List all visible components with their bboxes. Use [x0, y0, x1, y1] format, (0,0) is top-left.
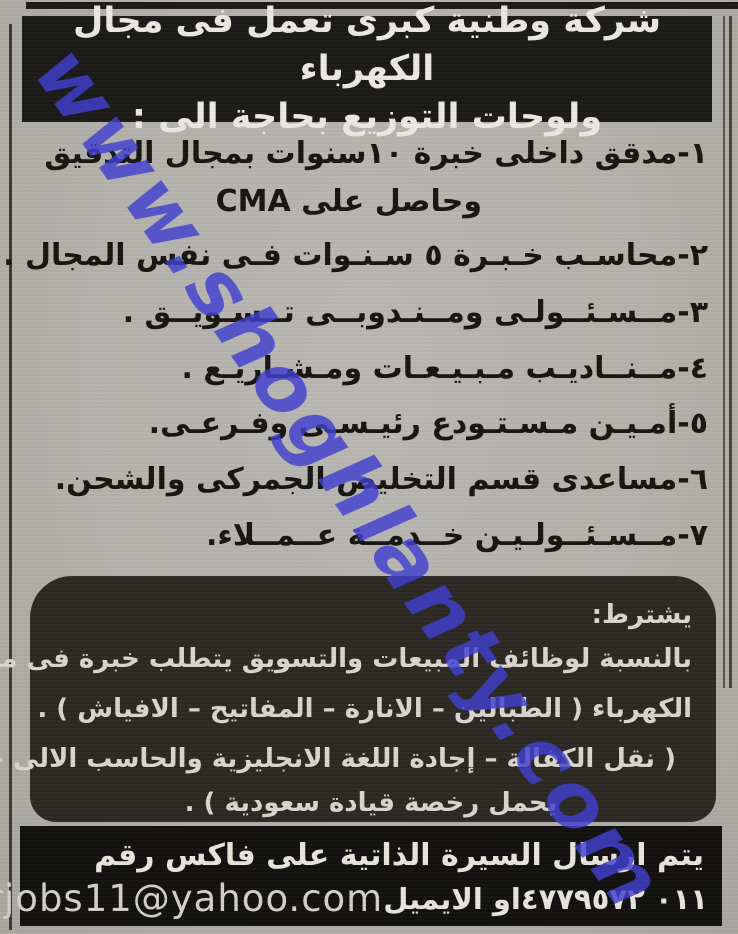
job-item-2: ٢-محاسـب خـبـرة ٥ سـنـوات فـى نفس المجال…	[26, 238, 708, 273]
contact-footer-box: يتم ارسال السيرة الذاتية على فاكس رقم ٠١…	[20, 826, 722, 926]
right-column-rule-inner	[729, 16, 732, 688]
fax-number: ٠١١ ٤٧٧٩٥٧٢	[521, 882, 708, 916]
job-item-4: ٤-مــنــاديـب مـبـيـعـات ومـشـاريـع .	[26, 351, 708, 386]
ad-header-line1: شركة وطنية كبرى تعمل فى مجال الكهرباء	[22, 0, 712, 93]
ad-header-box: شركة وطنية كبرى تعمل فى مجال الكهرباء ول…	[22, 16, 712, 122]
email-address: hrjobs11@yahoo.com	[0, 877, 383, 920]
conditions-title: يشترط:	[592, 600, 692, 630]
contact-details-line: ٠١١ ٤٧٧٩٥٧٢ او الايميل hrjobs11@yahoo.co…	[20, 873, 722, 920]
condition-line-3: ( نقل الكفالة – إجادة اللغة الانجليزية و…	[50, 744, 676, 774]
ad-header-line2: ولوحات التوزيع بحاجة الى :	[22, 93, 712, 141]
newspaper-ad-scan: شركة وطنية كبرى تعمل فى مجال الكهرباء ول…	[0, 0, 738, 934]
job-item-6: ٦-مساعدى قسم التخليص الجمركى والشحن.	[26, 462, 708, 497]
or-email-label: او الايميل	[383, 882, 521, 916]
conditions-box: يشترط: بالنسبة لوظائف المبيعات والتسويق …	[30, 576, 716, 822]
right-column-rule-outer	[723, 16, 725, 688]
fax-instruction-text: يتم ارسال السيرة الذاتية على فاكس رقم	[20, 838, 704, 873]
job-item-3: ٣-مــسـئــولـى ومــنـدوبــى تــسـويــق .	[26, 295, 708, 330]
job-item-7: ٧-مــسـئــولـيـن خــدمــة عــمــلاء.	[26, 518, 708, 553]
left-column-rule	[9, 24, 12, 930]
condition-line-2: الكهرباء ( الطبالين – الانارة – المفاتيح…	[50, 694, 692, 724]
job-item-5: ٥-أمـيـن مـسـتـودع رئيـسـى وفـرعـى.	[26, 406, 708, 441]
condition-line-4: يحمل رخصة قيادة سعودية ) .	[50, 788, 692, 818]
job-item-1: ١-مدقق داخلى خبرة ١٠سنوات بمجال التدقيق	[26, 136, 708, 171]
condition-line-1: بالنسبة لوظائف المبيعات والتسويق يتطلب خ…	[50, 644, 692, 674]
job-item-1-continuation: وحاصل على CMA	[26, 184, 482, 219]
